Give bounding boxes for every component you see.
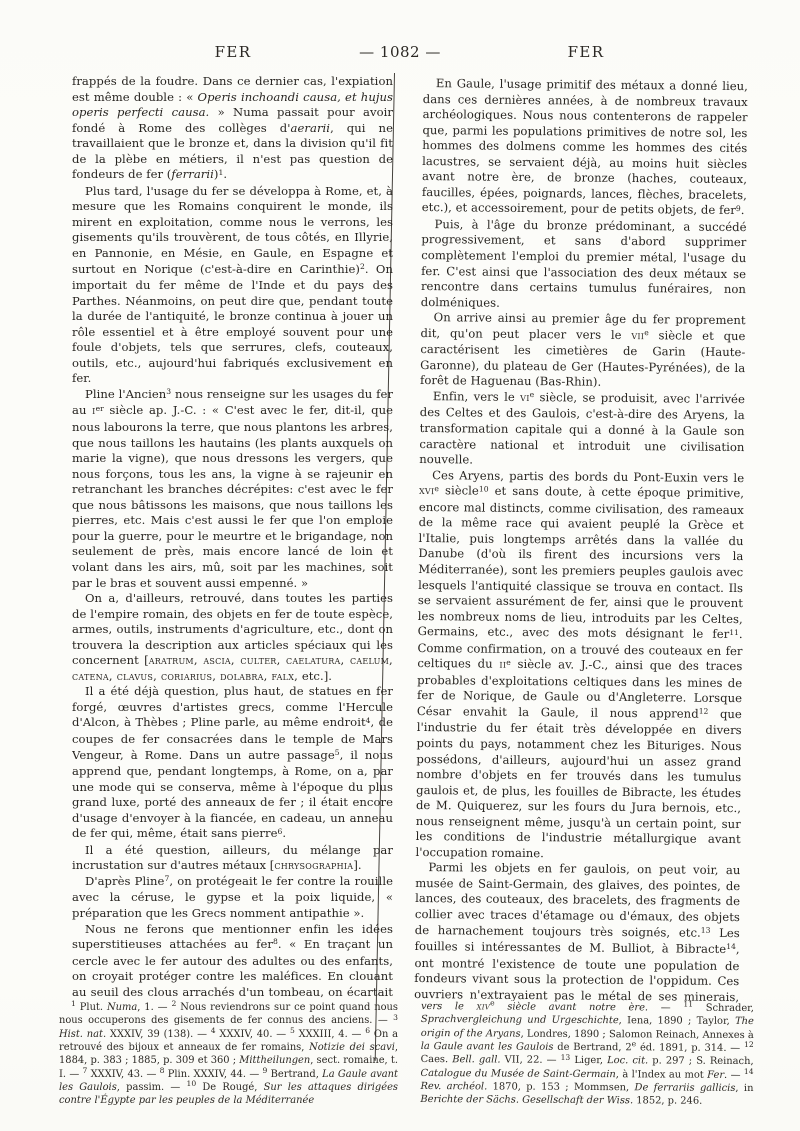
text-segment: XXXIV, 43. — — [87, 1069, 159, 1080]
text-segment: 1852, p. 246. — [633, 1096, 702, 1107]
footnote-reference: 4 — [366, 716, 371, 725]
text-segment: que l'industrie du fer était très dévelo… — [415, 707, 741, 860]
footnote-reference: er — [96, 404, 104, 413]
footnote-reference: 7 — [164, 874, 169, 883]
text-segment: éd. 1891, p. 314. — — [636, 1042, 744, 1054]
text-segment: 1870, p. 153 ; Mommsen, — [487, 1081, 634, 1093]
text-segment: Mittheilungen — [239, 1055, 310, 1066]
text-segment: ii — [499, 657, 506, 671]
footnote-reference: 14 — [744, 1067, 754, 1076]
paragraph: Il a été question, ailleurs, du mélange … — [72, 843, 393, 874]
text-segment: , in — [735, 1083, 753, 1094]
paragraph: On arrive ainsi au premier âge du fer pr… — [420, 310, 746, 392]
text-segment: VII, 22. — — [501, 1055, 561, 1066]
footnote-reference: 12 — [744, 1040, 754, 1049]
paragraph: Pline l'Ancien3 nous renseigne sur les u… — [72, 387, 393, 591]
text-segment: D'après Pline — [85, 874, 164, 888]
footnote-reference: 14 — [726, 942, 736, 951]
footnote-reference: 5 — [335, 748, 340, 757]
text-segment: xiv — [477, 1001, 491, 1012]
left-footnotes: 1 Plut. Numa, 1. — 2 Nous reviendrons su… — [59, 1001, 398, 1108]
text-segment: Sprachvergleichung und Urgeschichte — [421, 1014, 619, 1026]
footnote-reference: 8 — [160, 1066, 165, 1075]
text-segment: siècle ap. J.-C. : « C'est avec le fer, … — [72, 403, 393, 589]
footnote-reference: 11 — [683, 1000, 693, 1009]
text-segment: vii — [631, 328, 644, 342]
text-segment: , 1. — — [137, 1002, 171, 1013]
text-segment: Schrader, — [693, 1003, 754, 1014]
footnote-reference: 6 — [365, 1026, 370, 1035]
footnote-reference: 3 — [393, 1013, 398, 1022]
text-segment: Plus tard, l'usage du fer se développa à… — [72, 184, 393, 276]
text-segment: XXXIII, 4. — — [295, 1029, 365, 1040]
text-segment: xvi — [419, 483, 435, 497]
text-segment: Loc. cit. — [607, 1056, 648, 1067]
text-segment: De ferrariis gallicis — [635, 1082, 736, 1094]
text-segment: Ces Aryens, partis des bords du Pont-Eux… — [432, 468, 744, 485]
text-segment: . — — [724, 1070, 744, 1081]
scanned-page: FER — 1082 — FER frappés de la foudre. D… — [0, 0, 800, 1131]
left-column: frappés de la foudre. Dans ce dernier ca… — [72, 74, 393, 998]
paragraph: Plus tard, l'usage du fer se développa à… — [72, 184, 393, 387]
text-segment: siècle — [439, 483, 479, 497]
text-segment: de Bertrand, 2 — [553, 1042, 631, 1053]
running-title-right: FER — [424, 44, 748, 61]
footnote-reference: 4 — [211, 1026, 216, 1035]
text-segment: XXXIV, 40. — — [216, 1029, 290, 1040]
paragraph: Nous ne ferons que mentionner enfin les … — [72, 922, 393, 998]
footnote-reference: 9 — [263, 1066, 268, 1075]
text-segment: Fer — [707, 1069, 724, 1080]
text-segment: Caes. — [421, 1054, 453, 1065]
footnote-reference: 2 — [360, 262, 365, 271]
paragraph: Puis, à l'âge du bronze prédominant, a s… — [421, 217, 747, 313]
footnote-reference: 2 — [171, 999, 176, 1008]
right-footnotes: vers le xive siècle avant notre ère. — 1… — [420, 1000, 754, 1109]
text-segment: aerarii — [291, 121, 331, 135]
footnote-reference: 13 — [561, 1053, 571, 1062]
text-segment: . — [741, 203, 745, 217]
text-segment: Hist. nat. — [59, 1029, 106, 1040]
paragraph: Parmi les objets en fer gaulois, on peut… — [414, 860, 740, 1003]
footnote-reference: 1 — [71, 999, 76, 1008]
text-segment: Catalogue du Musée de Saint-Germain — [421, 1068, 616, 1080]
footnote-reference: 7 — [83, 1066, 88, 1075]
footnote-reference: e — [530, 390, 535, 399]
paragraph: On a, d'ailleurs, retrouvé, dans toutes … — [72, 591, 393, 684]
footnote-reference: 11 — [729, 628, 739, 637]
footnote-reference: 3 — [166, 387, 171, 396]
footnote-reference: 8 — [273, 937, 278, 946]
text-segment: Pline l'Ancien — [85, 387, 166, 401]
text-segment: la Gaule avant les Gaulois — [421, 1041, 554, 1053]
footnote-reference: 13 — [701, 926, 711, 935]
text-segment: Bell. gall. — [452, 1055, 500, 1066]
footnote-reference: 12 — [699, 707, 709, 716]
text-segment: , Iena, 1890 ; Taylor, — [619, 1016, 735, 1028]
text-segment: Il a été déjà question, plus haut, de st… — [72, 684, 393, 729]
paragraph: D'après Pline7, on protégeait le fer con… — [72, 874, 393, 922]
footnote-reference: e — [490, 999, 495, 1008]
right-column: En Gaule, l'usage primitif des métaux a … — [414, 76, 748, 1003]
text-segment: Berichte der Sächs. Gesellschaft der Wis… — [420, 1094, 633, 1106]
text-segment: Parmi les objets en fer gaulois, on peut… — [415, 860, 741, 939]
text-segment: Plin. XXXIV, 44. — — [164, 1069, 262, 1080]
paragraph: En Gaule, l'usage primitif des métaux a … — [422, 76, 748, 220]
text-segment: vi — [520, 390, 530, 404]
text-segment: ferrarii — [171, 167, 214, 181]
text-segment: chrysographia — [274, 858, 353, 872]
text-segment: Rev. archéol. — [420, 1081, 487, 1092]
text-segment: , à l'Index au mot — [616, 1069, 707, 1081]
text-segment: ]. — [353, 858, 361, 872]
text-segment: Puis, à l'âge du bronze prédominant, a s… — [421, 217, 747, 309]
footnote-reference: 5 — [290, 1026, 295, 1035]
paragraph: frappés de la foudre. Dans ce dernier ca… — [72, 74, 393, 184]
text-segment: et sans doute, à cette époque primitive,… — [418, 484, 744, 641]
footnote-reference: e — [632, 1040, 637, 1049]
footnote-reference: 10 — [186, 1079, 196, 1088]
text-segment: De Rougé, — [196, 1082, 264, 1093]
text-segment: — — [648, 1002, 683, 1013]
text-segment: Plut. — [76, 1002, 107, 1013]
text-segment: Bertrand, — [267, 1069, 322, 1080]
text-segment: Liger, — [570, 1055, 607, 1066]
paragraph: Il a été déjà question, plus haut, de st… — [72, 684, 393, 842]
text-segment: p. 297 ; S. Reinach, — [648, 1056, 753, 1068]
text-segment: siècle avant notre ère. — [495, 1001, 649, 1013]
paragraph: Ces Aryens, partis des bords du Pont-Eux… — [415, 468, 744, 864]
footnote-reference: 1 — [218, 168, 223, 177]
footnote-reference: 6 — [278, 827, 283, 836]
text-segment: etc.]. — [298, 669, 332, 683]
footnote-reference: 10 — [479, 484, 489, 493]
footnote-reference: 9 — [736, 204, 741, 213]
text-segment: . — [282, 826, 286, 840]
text-segment: XXXIV, 39 (138). — — [106, 1029, 211, 1040]
footnote-reference: e — [506, 657, 511, 666]
footnote-reference: e — [644, 328, 649, 337]
text-segment: Notizie dei scavi — [309, 1042, 395, 1053]
paragraph: Enfin, vers le vie siècle, se produisit,… — [419, 389, 745, 471]
text-segment: , passim. — — [117, 1082, 187, 1093]
text-segment: . On importait du fer même de l'Inde et … — [72, 262, 393, 386]
text-segment: vers le — [421, 1001, 477, 1012]
footnote-reference: e — [434, 484, 439, 493]
text-segment: , Londres, 1890 ; Salomon Reinach, Annex… — [521, 1028, 754, 1040]
text-segment: Enfin, vers le — [433, 389, 520, 404]
text-segment: . — [223, 167, 227, 181]
text-segment: Numa — [107, 1002, 137, 1013]
text-segment: En Gaule, l'usage primitif des métaux a … — [422, 76, 748, 217]
